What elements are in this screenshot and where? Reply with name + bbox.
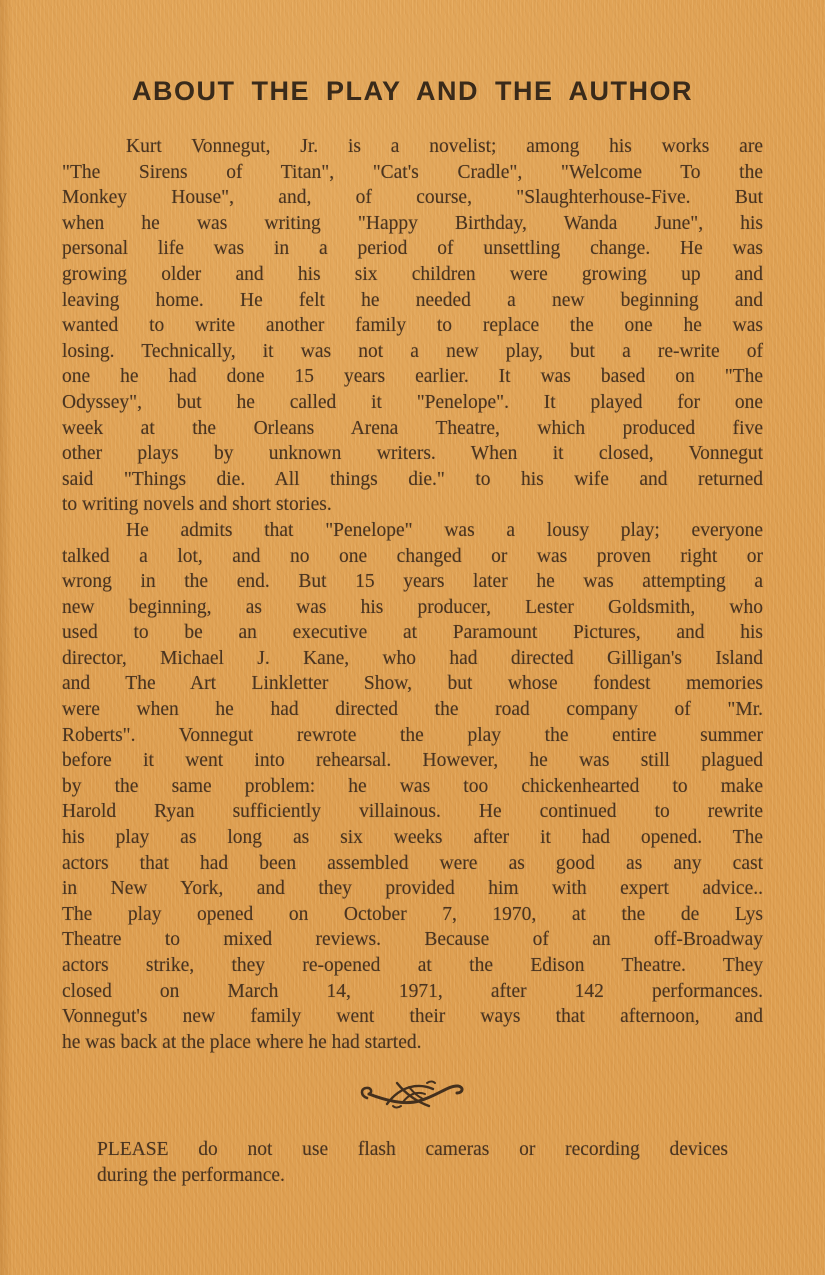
text-line: one he had done 15 years earlier. It was…	[62, 364, 763, 390]
program-page: ABOUT THE PLAY AND THE AUTHOR Kurt Vonne…	[0, 0, 825, 1275]
text-line: used to be an executive at Paramount Pic…	[62, 620, 763, 646]
text-line: in New York, and they provided him with …	[62, 876, 763, 902]
text-line: actors that had been assembled were as g…	[62, 851, 763, 877]
text-line: other plays by unknown writers. When it …	[62, 441, 763, 467]
text-line: during the performance.	[97, 1163, 728, 1189]
text-line: were when he had directed the road compa…	[62, 697, 763, 723]
body-text: Kurt Vonnegut, Jr. is a novelist; among …	[62, 134, 763, 1055]
text-line: before it went into rehearsal. However, …	[62, 748, 763, 774]
text-line: said "Things die. All things die." to hi…	[62, 467, 763, 493]
text-line: week at the Orleans Arena Theatre, which…	[62, 416, 763, 442]
body-paragraph: Kurt Vonnegut, Jr. is a novelist; among …	[62, 134, 763, 518]
text-line: PLEASE do not use flash cameras or recor…	[97, 1137, 728, 1163]
page-title: ABOUT THE PLAY AND THE AUTHOR	[62, 76, 763, 107]
text-line: talked a lot, and no one changed or was …	[62, 544, 763, 570]
text-line: wrong in the end. But 15 years later he …	[62, 569, 763, 595]
text-line: wanted to write another family to replac…	[62, 313, 763, 339]
text-line: Monkey House", and, of course, "Slaughte…	[62, 185, 763, 211]
text-line: closed on March 14, 1971, after 142 perf…	[62, 979, 763, 1005]
text-line: Harold Ryan sufficiently villainous. He …	[62, 799, 763, 825]
text-line: He admits that "Penelope" was a lousy pl…	[62, 518, 763, 544]
text-line: and The Art Linkletter Show, but whose f…	[62, 671, 763, 697]
flourish-divider-icon	[62, 1075, 763, 1113]
text-line: losing. Technically, it was not a new pl…	[62, 339, 763, 365]
text-line: actors strike, they re-opened at the Edi…	[62, 953, 763, 979]
text-line: Roberts". Vonnegut rewrote the play the …	[62, 723, 763, 749]
text-line: he was back at the place where he had st…	[62, 1030, 763, 1056]
text-line: Vonnegut's new family went their ways th…	[62, 1004, 763, 1030]
text-line: growing older and his six children were …	[62, 262, 763, 288]
text-line: director, Michael J. Kane, who had direc…	[62, 646, 763, 672]
text-line: when he was writing "Happy Birthday, Wan…	[62, 211, 763, 237]
text-line: Odyssey", but he called it "Penelope". I…	[62, 390, 763, 416]
text-line: new beginning, as was his producer, Lest…	[62, 595, 763, 621]
text-line: by the same problem: he was too chickenh…	[62, 774, 763, 800]
text-line: The play opened on October 7, 1970, at t…	[62, 902, 763, 928]
text-line: personal life was in a period of unsettl…	[62, 236, 763, 262]
body-paragraph: He admits that "Penelope" was a lousy pl…	[62, 518, 763, 1055]
text-line: leaving home. He felt he needed a new be…	[62, 288, 763, 314]
text-line: his play as long as six weeks after it h…	[62, 825, 763, 851]
text-line: to writing novels and short stories.	[62, 492, 763, 518]
text-line: "The Sirens of Titan", "Cat's Cradle", "…	[62, 160, 763, 186]
notice-text: PLEASE do not use flash cameras or recor…	[97, 1137, 728, 1188]
text-line: Kurt Vonnegut, Jr. is a novelist; among …	[62, 134, 763, 160]
text-line: Theatre to mixed reviews. Because of an …	[62, 927, 763, 953]
